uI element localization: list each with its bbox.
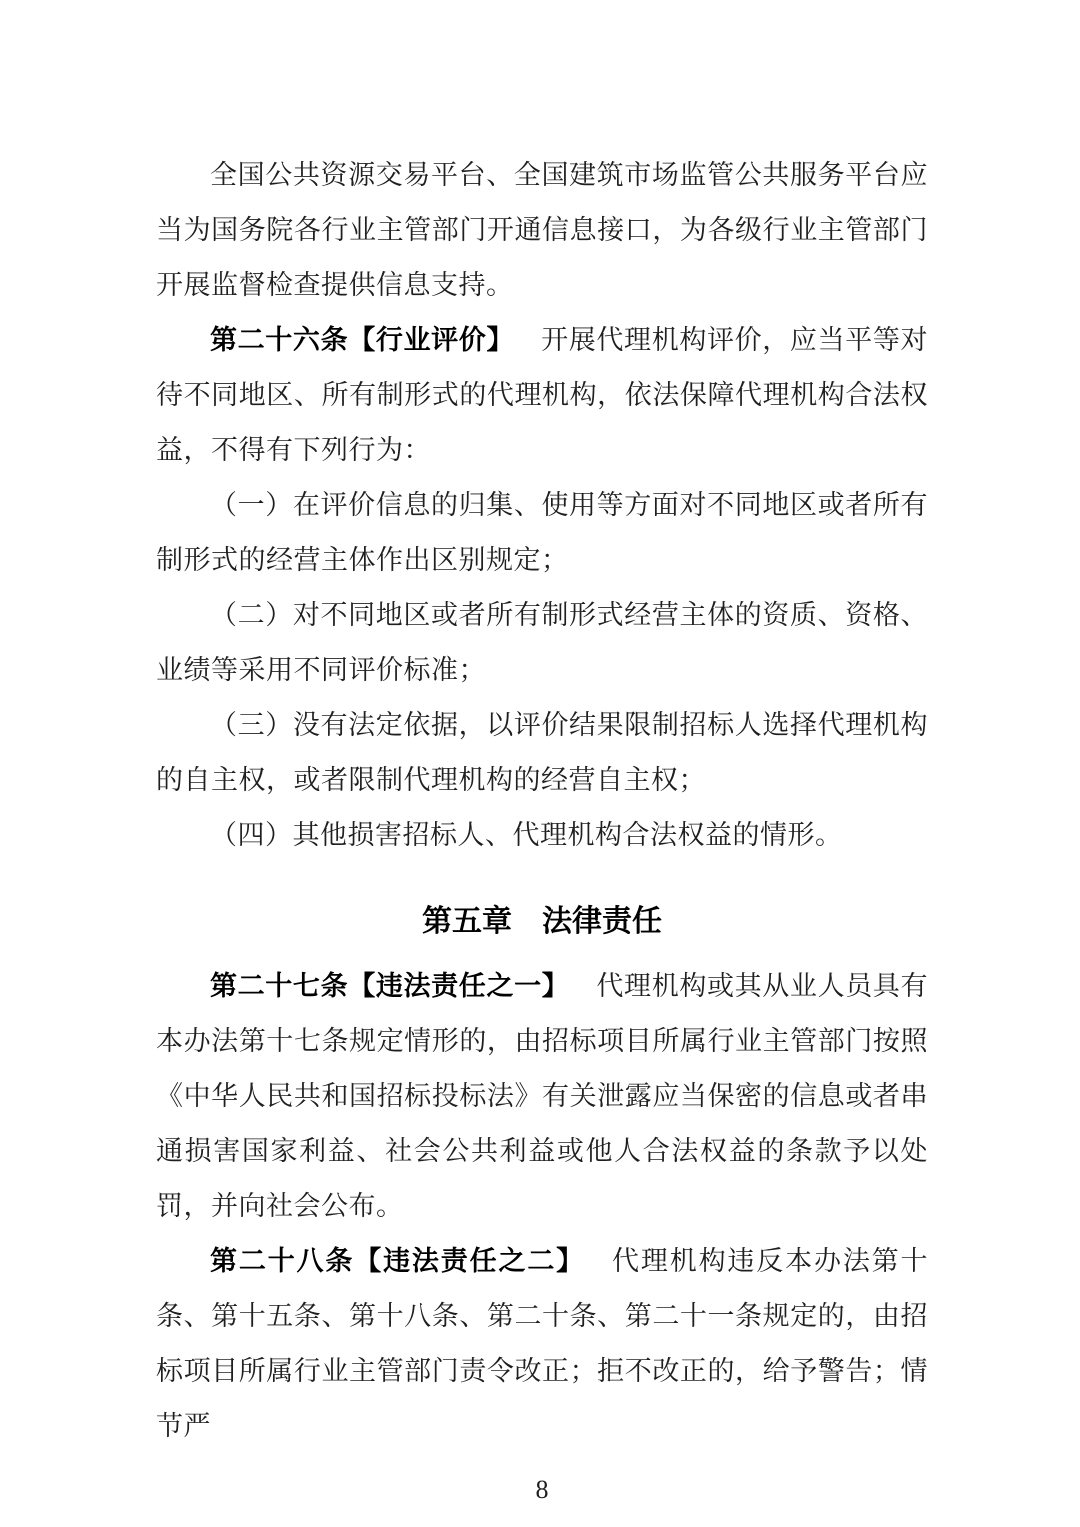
article-28-title: 第二十八条【违法责任之二】	[210, 1246, 585, 1276]
article-26-item-3-text: （三）没有法定依据，以评价结果限制招标人选择代理机构的自主权，或者限制代理机构的…	[156, 710, 928, 795]
page-number: 8	[156, 1470, 928, 1510]
article-27-title: 第二十七条【违法责任之一】	[210, 971, 569, 1001]
document-page: 全国公共资源交易平台、全国建筑市场监管公共服务平台应当为国务院各行业主管部门开通…	[0, 0, 1080, 1527]
article-26-item-2: （二）对不同地区或者所有制形式经营主体的资质、资格、业绩等采用不同评价标准；	[156, 588, 928, 698]
article-26-item-3: （三）没有法定依据，以评价结果限制招标人选择代理机构的自主权，或者限制代理机构的…	[156, 698, 928, 808]
article-26-item-4: （四）其他损害招标人、代理机构合法权益的情形。	[156, 808, 928, 863]
chapter-5-heading: 第五章 法律责任	[156, 897, 928, 947]
paragraph-platform-info-text: 全国公共资源交易平台、全国建筑市场监管公共服务平台应当为国务院各行业主管部门开通…	[156, 160, 928, 300]
article-27-paragraph: 第二十七条【违法责任之一】代理机构或其从业人员具有本办法第十七条规定情形的，由招…	[156, 959, 928, 1234]
article-26-item-2-text: （二）对不同地区或者所有制形式经营主体的资质、资格、业绩等采用不同评价标准；	[156, 600, 928, 685]
article-26-title: 第二十六条【行业评价】	[210, 325, 514, 355]
article-26-item-4-text: （四）其他损害招标人、代理机构合法权益的情形。	[210, 820, 843, 850]
document-body: 全国公共资源交易平台、全国建筑市场监管公共服务平台应当为国务院各行业主管部门开通…	[156, 148, 928, 1510]
article-28-paragraph: 第二十八条【违法责任之二】代理机构违反本办法第十条、第十五条、第十八条、第二十条…	[156, 1234, 928, 1454]
article-27-text: 代理机构或其从业人员具有本办法第十七条规定情形的，由招标项目所属行业主管部门按照…	[156, 971, 928, 1221]
article-26-item-1-text: （一）在评价信息的归集、使用等方面对不同地区或者所有制形式的经营主体作出区别规定…	[156, 490, 928, 575]
paragraph-platform-info: 全国公共资源交易平台、全国建筑市场监管公共服务平台应当为国务院各行业主管部门开通…	[156, 148, 928, 313]
article-26-item-1: （一）在评价信息的归集、使用等方面对不同地区或者所有制形式的经营主体作出区别规定…	[156, 478, 928, 588]
article-26-paragraph: 第二十六条【行业评价】开展代理机构评价，应当平等对待不同地区、所有制形式的代理机…	[156, 313, 928, 478]
